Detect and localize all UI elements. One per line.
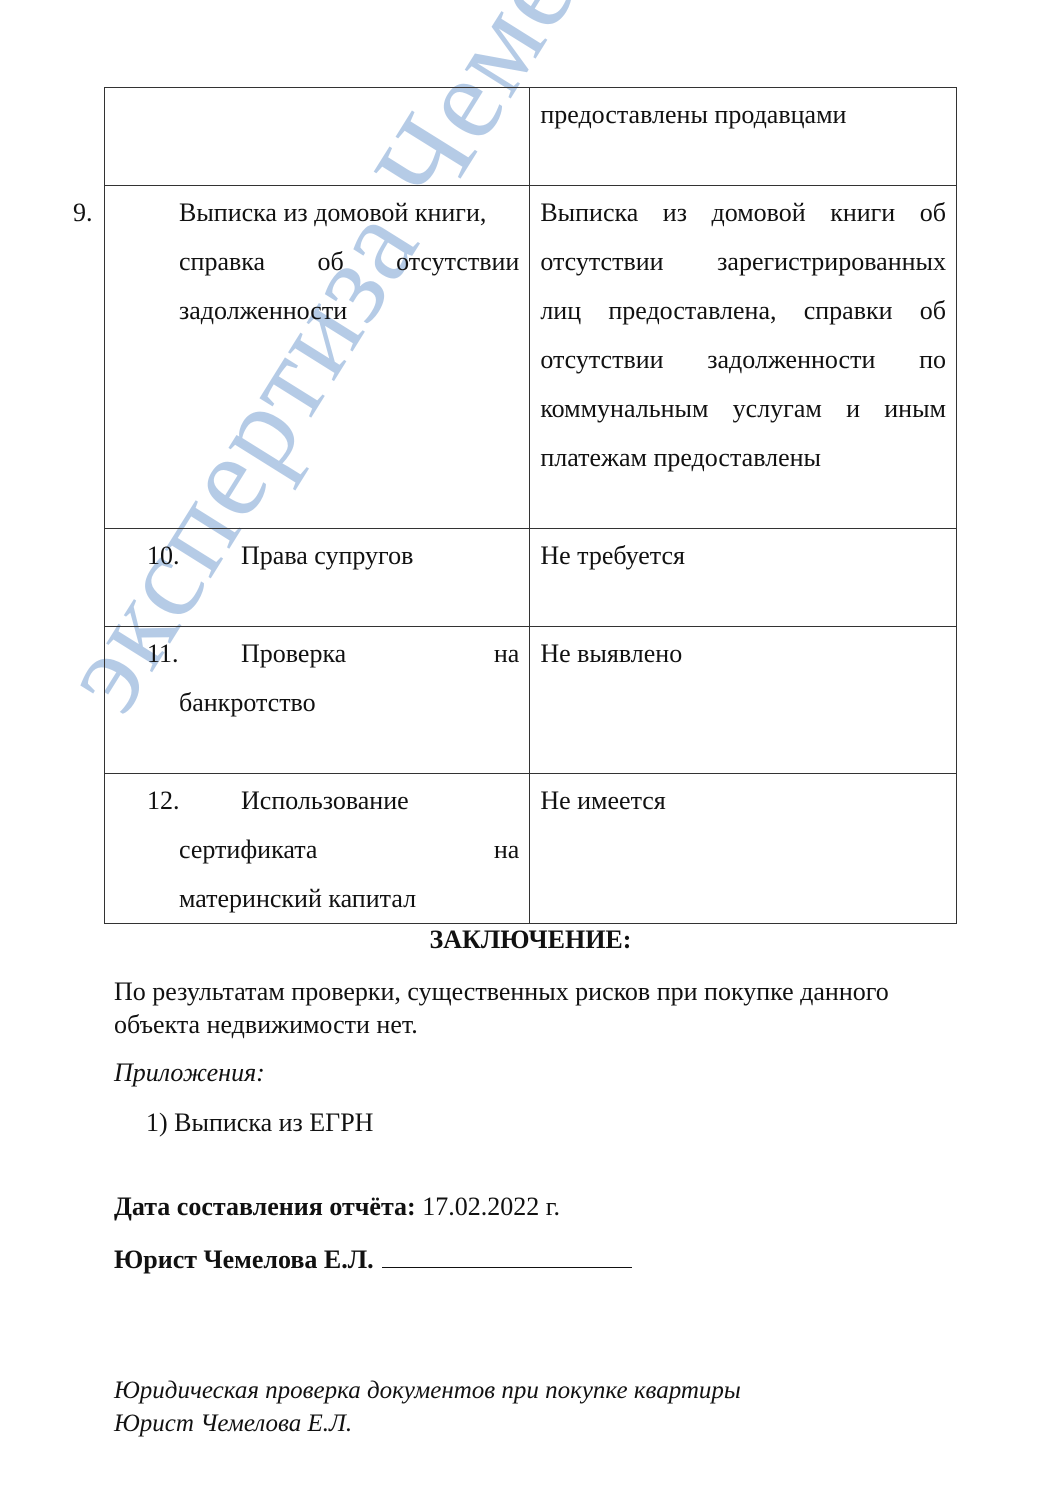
table-cell-item: 11. Проверкана банкротство	[105, 627, 530, 774]
report-date: Дата составления отчёта: 17.02.2022 г.	[114, 1192, 560, 1222]
document-page: экспертиза Чемелова Е.Л. предоставлены п…	[0, 0, 1061, 1500]
attachments-label: Приложения:	[114, 1058, 265, 1088]
table-row: 12. Использование сертификатана материнс…	[105, 774, 957, 924]
table-cell-result: Не требуется	[530, 529, 957, 627]
table-cell-result: Не имеется	[530, 774, 957, 924]
signature-block: Юрист Чемелова Е.Л.	[114, 1243, 632, 1275]
report-date-value: 17.02.2022 г.	[422, 1192, 560, 1221]
result-text: Не имеется	[530, 774, 956, 825]
item-text-line: материнский капитал	[147, 874, 519, 923]
table-row: 11. Проверкана банкротство Не выявлено	[105, 627, 957, 774]
item-text: Права супругов	[241, 531, 413, 580]
result-text: предоставлены продавцами	[530, 88, 956, 139]
item-number: 10.	[147, 531, 241, 580]
table-cell-result: предоставлены продавцами	[530, 88, 957, 186]
attachment-item: 1) Выписка из ЕГРН	[146, 1108, 373, 1138]
item-text-line: банкротство	[147, 678, 519, 727]
signature-name: Юрист Чемелова Е.Л.	[114, 1245, 374, 1274]
page-footer: Юридическая проверка документов при поку…	[114, 1374, 741, 1440]
table-row: 10. Права супругов Не требуется	[105, 529, 957, 627]
table-cell-item: 9. Выписка из домовой книги, справкаобот…	[105, 186, 530, 529]
result-text: Не выявлено	[530, 627, 956, 678]
item-text-line: Выписка из домовой книги,	[179, 188, 519, 237]
item-number: 11.	[147, 629, 241, 678]
item-text-line: задолженности	[179, 286, 519, 335]
result-text: Выпискаиздомовойкнигиоб отсутствиизареги…	[530, 186, 956, 482]
conclusion-text: По результатам проверки, существенных ри…	[114, 975, 974, 1041]
result-text: Не требуется	[530, 529, 956, 580]
item-text-line: Проверкана	[241, 629, 519, 678]
report-date-label: Дата составления отчёта:	[114, 1192, 416, 1221]
item-number: 9.	[73, 188, 93, 237]
table-row: предоставлены продавцами	[105, 88, 957, 186]
table-cell-result: Выпискаиздомовойкнигиоб отсутствиизареги…	[530, 186, 957, 529]
item-text-line: Использование	[241, 776, 409, 825]
checklist-table: предоставлены продавцами 9. Выписка из д…	[104, 87, 957, 924]
table-row: 9. Выписка из домовой книги, справкаобот…	[105, 186, 957, 529]
conclusion-heading: ЗАКЛЮЧЕНИЕ:	[0, 925, 1061, 955]
table-cell-result: Не выявлено	[530, 627, 957, 774]
signature-line	[382, 1243, 632, 1268]
item-number: 12.	[147, 776, 241, 825]
item-text-line: сертификатана	[147, 825, 519, 874]
footer-line-author: Юрист Чемелова Е.Л.	[114, 1407, 741, 1440]
table-cell-item: 10. Права супругов	[105, 529, 530, 627]
footer-line-title: Юридическая проверка документов при поку…	[114, 1374, 741, 1407]
item-text-line: справкаоботсутствии	[179, 237, 519, 286]
table-cell-item: 12. Использование сертификатана материнс…	[105, 774, 530, 924]
table-cell-item	[105, 88, 530, 186]
